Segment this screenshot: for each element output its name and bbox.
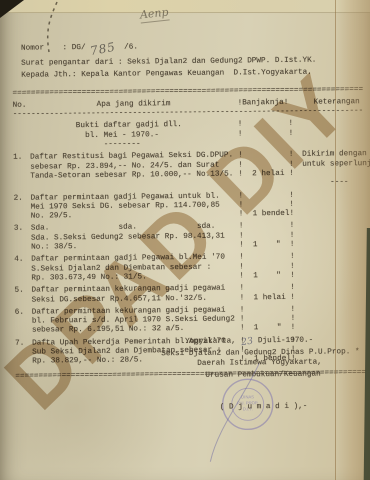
row-number: 1. (13, 154, 30, 163)
row-number: 4. (14, 256, 31, 265)
pen-dotted-mark (40, 0, 66, 56)
row-number: 2. (14, 194, 31, 203)
handwritten-annotation: Aenp (139, 6, 169, 24)
nomor-handwritten-number: 785 (89, 40, 117, 59)
surat-pengantar-line: Surat pengantar dari : Seksi Djalan2 dan… (21, 57, 316, 69)
handwritten-day: 23 (240, 336, 254, 349)
row-quantity: ! ! ! ! ! 1 " ! (239, 253, 299, 282)
date-line: Yogyakarta, 23 Djuli-1970.- (185, 336, 313, 348)
row-number: 5. (14, 287, 31, 296)
date-text: Djuli-1970.- (258, 337, 313, 347)
signature-name: ( D j u m a d i ),- (220, 403, 308, 413)
row-number: 3. (14, 225, 31, 234)
city-label: Yogyakarta, (185, 337, 236, 347)
row-quantity: ! ! ! 1 helai ! (239, 284, 299, 303)
col-header-no: No. (13, 102, 30, 111)
nomor-line: Nomor : DG/ 785 /6. (21, 39, 364, 57)
nomor-suffix: /6. (119, 44, 138, 53)
kepada-line: Kepada Jth.: Kepala Kantor Pengawas Keua… (21, 69, 312, 81)
row-quantity: ! ! ! ! ! 1 " ! (240, 306, 300, 335)
scanned-document: { "colors": { "paper": "#d5cdb0", "ink":… (0, 0, 370, 480)
